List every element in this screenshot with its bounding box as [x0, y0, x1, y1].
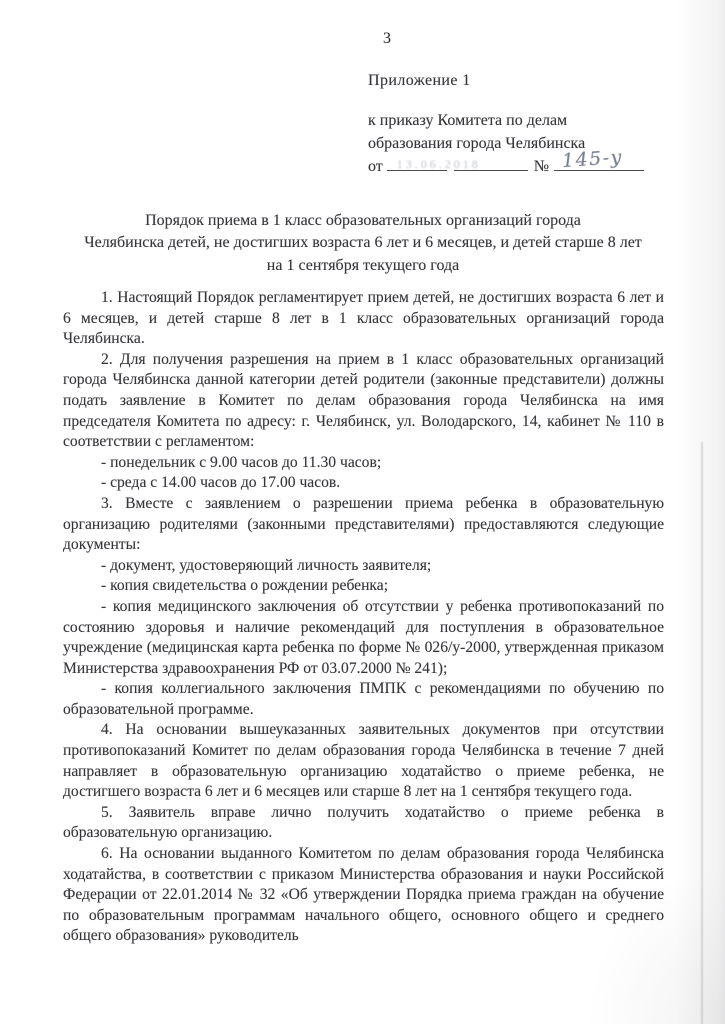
document-item-identity: - документ, удостоверяющий личность заяв… [63, 556, 664, 577]
order-reference-block: к приказу Комитета по делам образования … [368, 110, 644, 179]
page-number: 3 [383, 30, 391, 48]
title-line-2: Челябинска детей, не достигших возраста … [63, 232, 663, 254]
document-body: 1. Настоящий Порядок регламентирует прие… [63, 288, 664, 947]
handwritten-order-number: 145-у [561, 146, 624, 173]
date-blank-1: 13.06.2018 [387, 156, 447, 171]
paragraph-6: 6. На основании выданного Комитетом по д… [63, 844, 664, 947]
number-sign: № [534, 158, 549, 175]
document-item-pmpk: - копия коллегиального заключения ПМПК с… [63, 679, 664, 720]
paragraph-5: 5. Заявитель вправе лично получить ходат… [63, 803, 664, 844]
title-line-3: на 1 сентября текущего года [63, 255, 663, 277]
paragraph-4: 4. На основании вышеуказанных заявительн… [63, 720, 664, 802]
from-label: от [368, 158, 383, 175]
scanned-page: 3 Приложение 1 к приказу Комитета по дел… [0, 0, 725, 1024]
document-title: Порядок приема в 1 класс образовательных… [63, 210, 663, 277]
date-blank-2 [454, 156, 528, 171]
number-blank: 145-у [554, 156, 644, 171]
paragraph-3: 3. Вместе с заявлением о разрешении прие… [63, 494, 664, 556]
order-date-number-line: от13.06.2018№145-у [368, 156, 644, 179]
paragraph-2: 2. Для получения разрешения на прием в 1… [63, 350, 664, 453]
schedule-item-monday: - понедельник с 9.00 часов до 11.30 часо… [63, 453, 664, 474]
annex-label: Приложение 1 [368, 72, 471, 90]
order-reference-line-1: к приказу Комитета по делам [368, 110, 644, 133]
document-item-medical: - копия медицинского заключения об отсут… [63, 597, 664, 679]
document-item-birth-certificate: - копия свидетельства о рождении ребенка… [63, 576, 664, 597]
title-line-1: Порядок приема в 1 класс образовательных… [63, 210, 663, 232]
schedule-item-wednesday: - среда с 14.00 часов до 17.00 часов. [63, 473, 664, 494]
paragraph-1: 1. Настоящий Порядок регламентирует прие… [63, 288, 664, 350]
